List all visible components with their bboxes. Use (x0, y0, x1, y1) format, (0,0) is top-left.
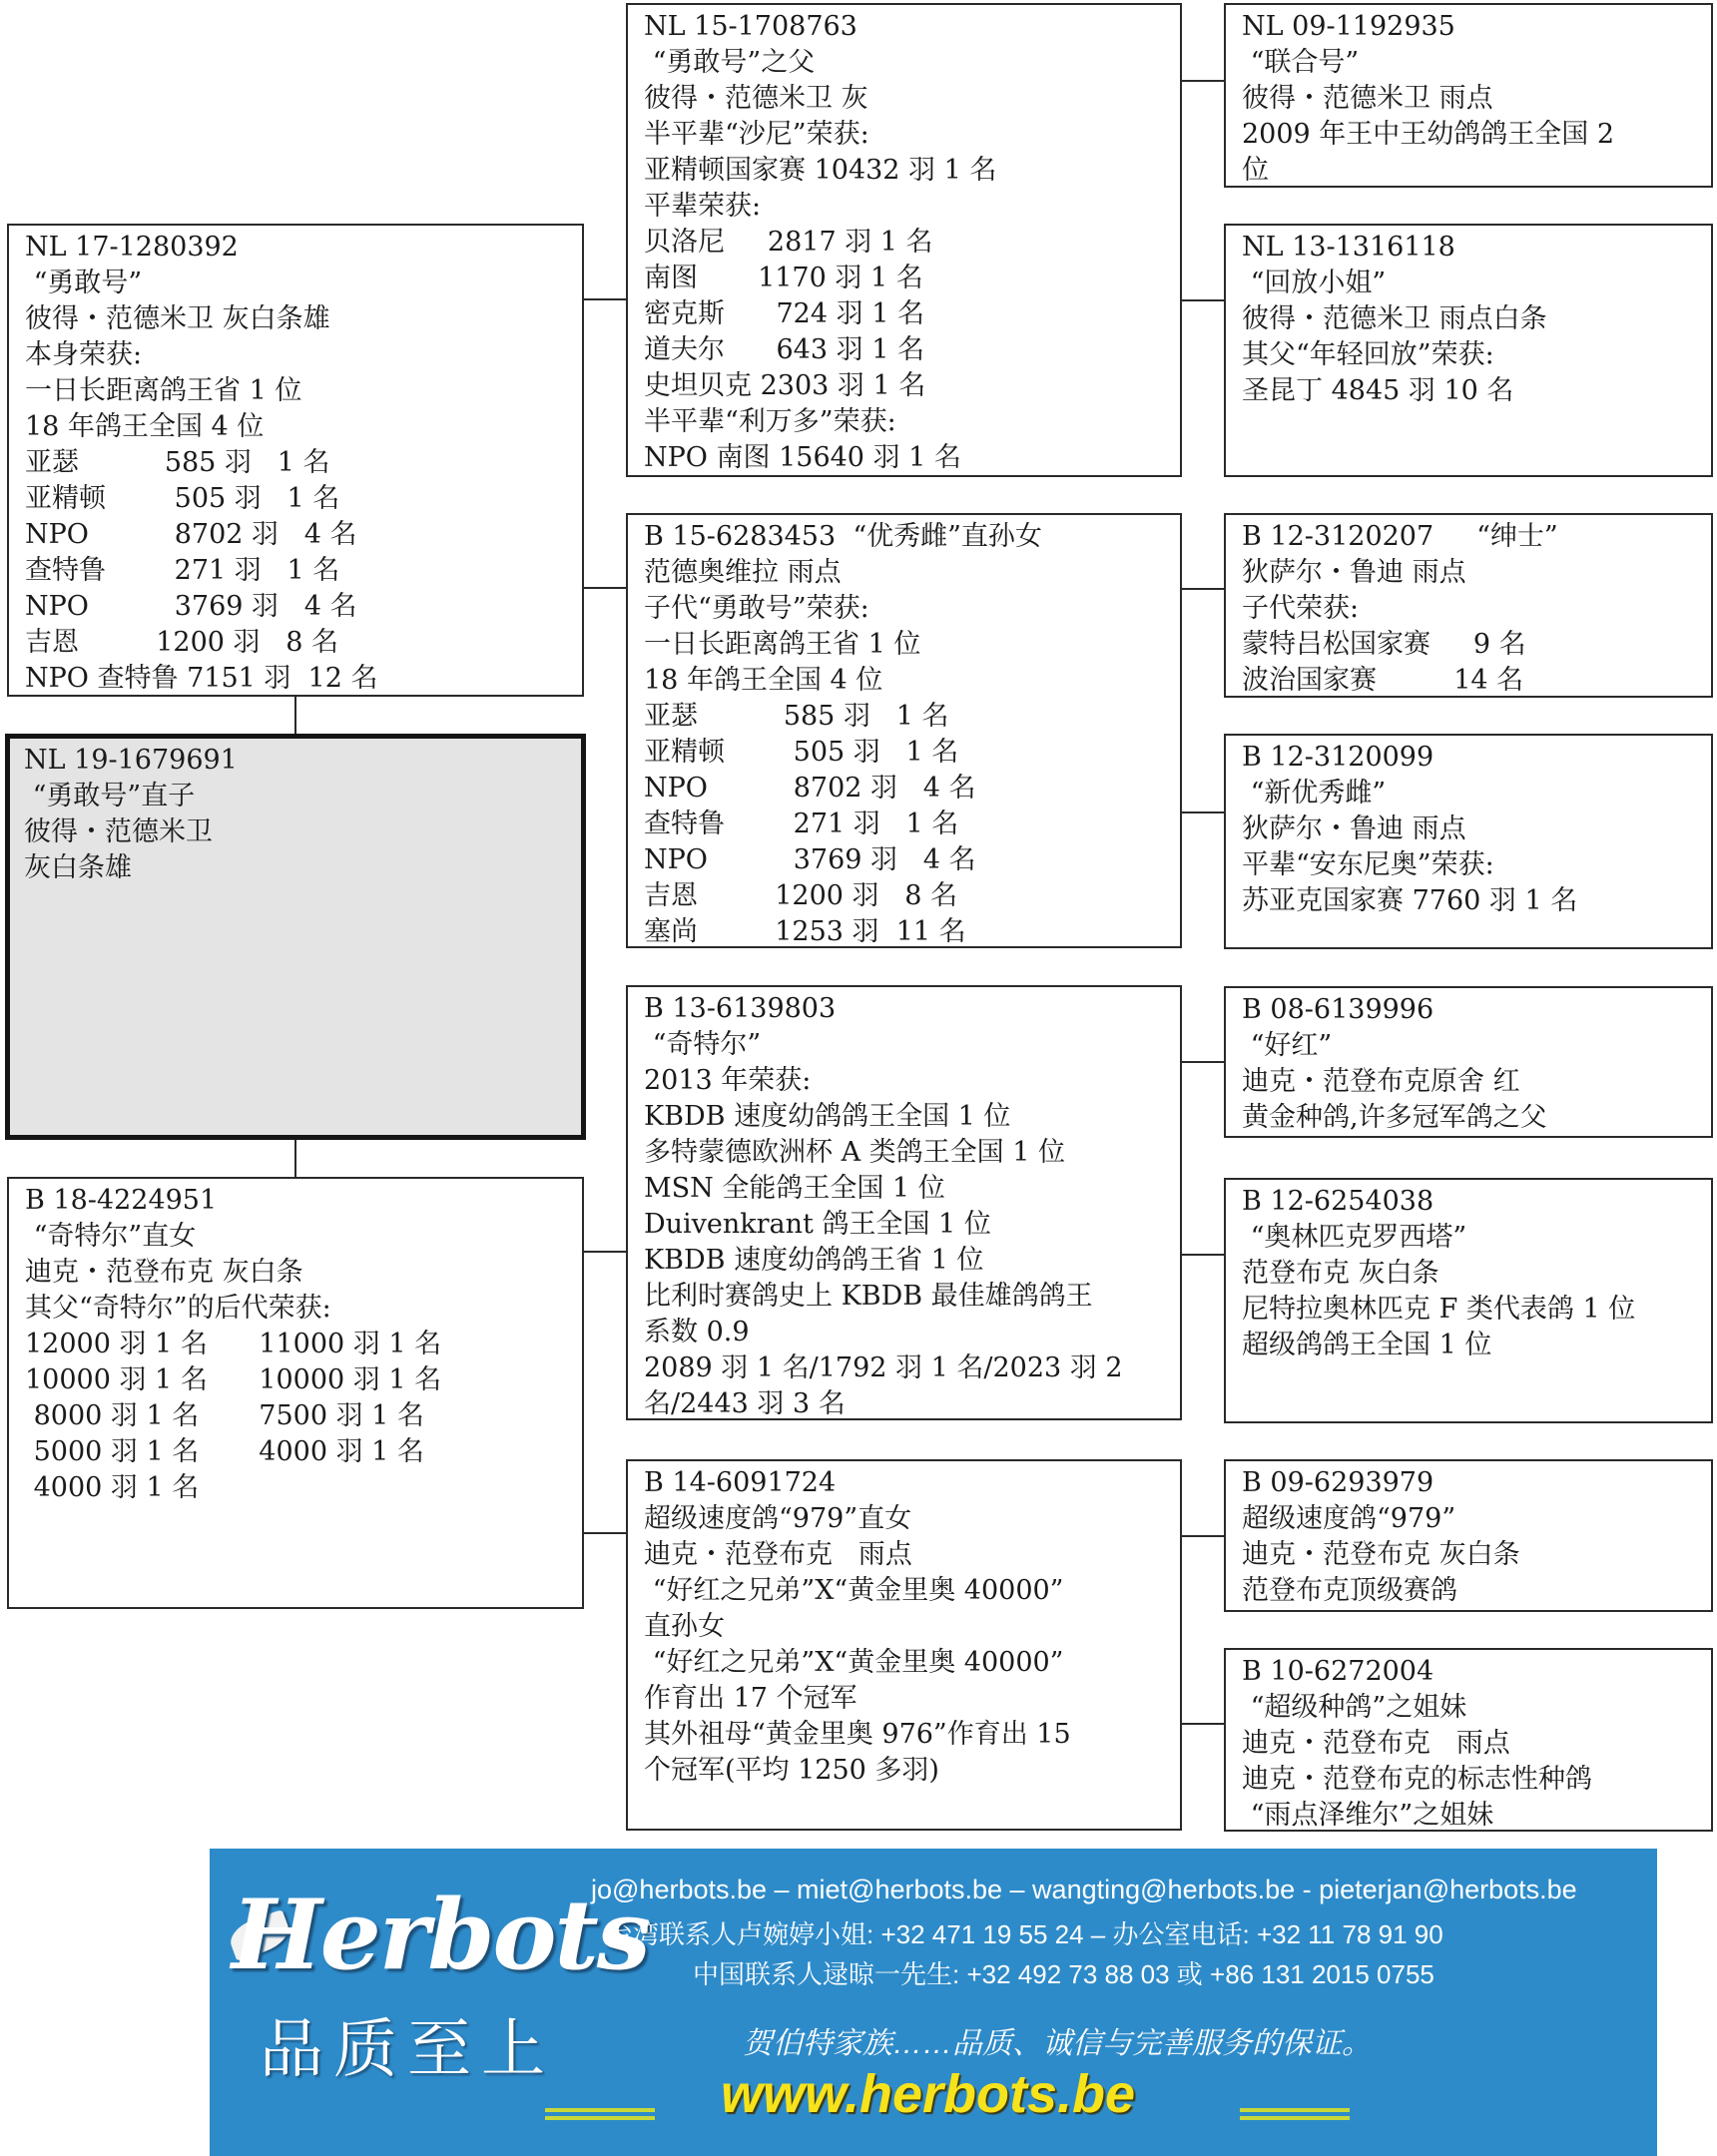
card-line: 塞尚 1253 羽 11 名 (644, 914, 1180, 948)
card-line: “勇敢号”直子 (24, 779, 581, 814)
card-line: NL 19-1679691 (24, 743, 581, 779)
card-line: 比利时赛鸽史上 KBDB 最佳雄鸽鸽王 (644, 1279, 1180, 1315)
connector-subject-dam (294, 1138, 296, 1178)
card-line: 灰白条雄 (24, 850, 581, 886)
card-line: 平辈荣获: (644, 189, 1180, 225)
card-line: “勇敢号”之父 (644, 45, 1180, 81)
card-line: 蒙特吕松国家赛 9 名 (1242, 627, 1711, 663)
card-line: 彼得・范德米卫 雨点 (1242, 81, 1711, 117)
card-line: 亚瑟 585 羽 1 名 (25, 445, 582, 481)
card-line: 迪克・范登布克的标志性种鸽 (1242, 1762, 1711, 1798)
card-line: B 12-3120207 “绅士” (1242, 519, 1711, 555)
card-line: 2013 年荣获: (644, 1063, 1180, 1099)
card-line: B 14-6091724 (644, 1465, 1180, 1501)
pedigree-card-sire: NL 17-1280392 “勇敢号”彼得・范德米卫 灰白条雄本身荣获:一日长距… (7, 224, 584, 697)
card-line: 系数 0.9 (644, 1315, 1180, 1350)
card-line: 其父“年轻回放”荣获: (1242, 337, 1711, 373)
pedigree-card-sire-dam: B 15-6283453 “优秀雌”直孙女范德奥维拉 雨点子代“勇敢号”荣获:一… (626, 513, 1182, 948)
card-line: 道夫尔 643 羽 1 名 (644, 332, 1180, 368)
card-line: 亚精顿 505 羽 1 名 (644, 735, 1180, 771)
card-line: 多特蒙德欧洲杯 A 类鸽王全国 1 位 (644, 1135, 1180, 1171)
card-line: Duivenkrant 鸽王全国 1 位 (644, 1207, 1180, 1243)
card-line: 超级速度鸽“979”直女 (644, 1501, 1180, 1537)
connector-dam-dd (583, 1532, 627, 1534)
card-line: B 15-6283453 “优秀雌”直孙女 (644, 519, 1180, 555)
card-line: “雨点泽维尔”之姐妹 (1242, 1798, 1711, 1832)
pedigree-card-sdd: B 12-3120099 “新优秀雌”狄萨尔・鲁迪 雨点平辈“安东尼奥”荣获:苏… (1224, 734, 1713, 949)
card-line: 迪克・范登布克 灰白条 (25, 1255, 582, 1291)
pedigree-card-dam: B 18-4224951 “奇特尔”直女迪克・范登布克 灰白条其父“奇特尔”的后… (7, 1177, 584, 1609)
card-line: 狄萨尔・鲁迪 雨点 (1242, 555, 1711, 591)
pedigree-card-dss: B 08-6139996 “好红”迪克・范登布克原舍 红黄金种鸽,许多冠军鸽之父 (1224, 986, 1713, 1138)
card-line: “好红之兄弟”X“黄金里奥 40000” (644, 1573, 1180, 1609)
card-line: 黄金种鸽,许多冠军鸽之父 (1242, 1100, 1711, 1136)
card-line: 名/2443 羽 3 名 (644, 1386, 1180, 1420)
connector-sd-sdd (1181, 811, 1225, 813)
connector-ds-dsd (1181, 1254, 1225, 1256)
card-line: 半平辈“利万多”荣获: (644, 404, 1180, 440)
card-line: NL 17-1280392 (25, 230, 582, 266)
card-line: NPO 8702 羽 4 名 (25, 517, 582, 553)
card-line: 南图 1170 羽 1 名 (644, 261, 1180, 296)
card-line: B 13-6139803 (644, 991, 1180, 1027)
slogan: 品质至上 (260, 1998, 555, 2090)
herbots-logo: Herbots (232, 1879, 649, 1991)
card-line: 史坦贝克 2303 羽 1 名 (644, 368, 1180, 404)
card-line: 吉恩 1200 羽 8 名 (25, 625, 582, 661)
card-line: B 09-6293979 (1242, 1465, 1711, 1501)
card-line: “联合号” (1242, 45, 1711, 81)
card-line: KBDB 速度幼鸽鸽王省 1 位 (644, 1243, 1180, 1279)
motto: 贺伯特家族……品质、诚信与完善服务的保证。 (743, 2018, 1372, 2062)
decor-lines-right (1240, 2108, 1350, 2120)
card-line: 迪克・范登布克 雨点 (644, 1537, 1180, 1573)
pedigree-card-sss: NL 09-1192935 “联合号”彼得・范德米卫 雨点2009 年王中王幼鸽… (1224, 3, 1713, 188)
card-line: NL 15-1708763 (644, 9, 1180, 45)
card-line: 其父“奇特尔”的后代荣获: (25, 1291, 582, 1327)
card-line: 范登布克顶级赛鸽 (1242, 1573, 1711, 1609)
card-line: “奇特尔”直女 (25, 1219, 582, 1255)
card-line: 18 年鸽王全国 4 位 (25, 409, 582, 445)
card-line: 超级鸽鸽王全国 1 位 (1242, 1328, 1711, 1363)
connector-sire-sd (583, 587, 627, 589)
taiwan-contact: 台湾联系人卢婉婷小姐: +32 471 19 55 24 – 办公室电话: +3… (607, 1914, 1443, 1951)
card-line: NPO 南图 15640 羽 1 名 (644, 440, 1180, 476)
card-line: NPO 查特鲁 7151 羽 12 名 (25, 661, 582, 697)
card-line: 子代“勇敢号”荣获: (644, 591, 1180, 627)
herbots-banner: Herbots 品质至上 jo@herbots.be – miet@herbot… (210, 1849, 1657, 2156)
card-line: 查特鲁 271 羽 1 名 (25, 553, 582, 589)
card-line: KBDB 速度幼鸽鸽王全国 1 位 (644, 1099, 1180, 1135)
card-line: NL 13-1316118 (1242, 230, 1711, 266)
decor-lines-left (545, 2108, 655, 2120)
card-line: 迪克・范登布克 灰白条 (1242, 1537, 1711, 1573)
pedigree-card-sire-sire: NL 15-1708763 “勇敢号”之父彼得・范德米卫 灰半平辈“沙尼”荣获:… (626, 3, 1182, 477)
card-line: 亚瑟 585 羽 1 名 (644, 699, 1180, 735)
connector-ss-ssd (1181, 299, 1225, 301)
card-line: 吉恩 1200 羽 8 名 (644, 878, 1180, 914)
card-line: MSN 全能鸽王全国 1 位 (644, 1171, 1180, 1207)
pedigree-card-ddd: B 10-6272004 “超级种鸽”之姐妹迪克・范登布克 雨点迪克・范登布克的… (1224, 1648, 1713, 1832)
pedigree-card-dsd: B 12-6254038 “奥林匹克罗西塔”范登布克 灰白条尼特拉奥林匹克 F … (1224, 1178, 1713, 1423)
card-line: 查特鲁 271 羽 1 名 (644, 807, 1180, 842)
card-line: 彼得・范德米卫 灰 (644, 81, 1180, 117)
card-line: 圣昆丁 4845 羽 10 名 (1242, 373, 1711, 409)
card-line: 彼得・范德米卫 灰白条雄 (25, 301, 582, 337)
card-line: 迪克・范登布克原舍 红 (1242, 1064, 1711, 1100)
card-line: 半平辈“沙尼”荣获: (644, 117, 1180, 153)
card-line: 迪克・范登布克 雨点 (1242, 1726, 1711, 1762)
card-line: 波治国家赛 14 名 (1242, 663, 1711, 698)
card-line: 苏亚克国家赛 7760 羽 1 名 (1242, 883, 1711, 919)
card-line: 彼得・范德米卫 (24, 814, 581, 850)
china-contact: 中国联系人逯晾一先生: +32 492 73 88 03 或 +86 131 2… (693, 1954, 1434, 1991)
pedigree-card-dam-sire: B 13-6139803 “奇特尔”2013 年荣获:KBDB 速度幼鸽鸽王全国… (626, 985, 1182, 1420)
card-line: 本身荣获: (25, 337, 582, 373)
contact-emails[interactable]: jo@herbots.be – miet@herbots.be – wangti… (591, 1875, 1577, 1905)
card-line: 位 (1242, 153, 1711, 188)
card-line: B 12-6254038 (1242, 1184, 1711, 1220)
connector-ds-dss (1181, 1061, 1225, 1063)
card-line: 其外祖母“黄金里奥 976”作育出 15 (644, 1717, 1180, 1753)
card-line: NPO 3769 羽 4 名 (644, 842, 1180, 878)
card-line: B 10-6272004 (1242, 1654, 1711, 1690)
card-line: 个冠军(平均 1250 多羽) (644, 1753, 1180, 1789)
card-line: 亚精顿国家赛 10432 羽 1 名 (644, 153, 1180, 189)
card-line: “好红” (1242, 1028, 1711, 1064)
card-line: “好红之兄弟”X“黄金里奥 40000” (644, 1645, 1180, 1681)
card-line: 5000 羽 1 名 4000 羽 1 名 (25, 1434, 582, 1470)
card-line: B 08-6139996 (1242, 992, 1711, 1028)
pedigree-card-sds: B 12-3120207 “绅士”狄萨尔・鲁迪 雨点子代荣获:蒙特吕松国家赛 9… (1224, 513, 1713, 698)
card-line: B 12-3120099 (1242, 740, 1711, 776)
card-line: 4000 羽 1 名 (25, 1470, 582, 1506)
card-line: 18 年鸽王全国 4 位 (644, 663, 1180, 699)
connector-ss-sss (1181, 80, 1225, 82)
card-line: 贝洛尼 2817 羽 1 名 (644, 225, 1180, 261)
pedigree-card-dam-dam: B 14-6091724超级速度鸽“979”直女迪克・范登布克 雨点 “好红之兄… (626, 1459, 1182, 1831)
card-line: NPO 8702 羽 4 名 (644, 771, 1180, 807)
pedigree-card-dds: B 09-6293979超级速度鸽“979”迪克・范登布克 灰白条范登布克顶级赛… (1224, 1459, 1713, 1612)
card-line: NPO 3769 羽 4 名 (25, 589, 582, 625)
connector-dd-ddd (1181, 1723, 1225, 1725)
card-line: 直孙女 (644, 1609, 1180, 1645)
connector-dd-dds (1181, 1535, 1225, 1537)
card-line: 一日长距离鸽王省 1 位 (644, 627, 1180, 663)
card-line: 8000 羽 1 名 7500 羽 1 名 (25, 1398, 582, 1434)
pedigree-card-subject: NL 19-1679691 “勇敢号”直子彼得・范德米卫灰白条雄 (5, 734, 586, 1140)
card-line: 2089 羽 1 名/1792 羽 1 名/2023 羽 2 (644, 1350, 1180, 1386)
card-line: “回放小姐” (1242, 266, 1711, 301)
card-line: “勇敢号” (25, 266, 582, 301)
card-line: 12000 羽 1 名 11000 羽 1 名 (25, 1327, 582, 1362)
connector-sd-sds (1181, 588, 1225, 590)
card-line: 作育出 17 个冠军 (644, 1681, 1180, 1717)
card-line: 亚精顿 505 羽 1 名 (25, 481, 582, 517)
connector-dam-ds (583, 1251, 627, 1253)
card-line: 子代荣获: (1242, 591, 1711, 627)
pedigree-card-ssd: NL 13-1316118 “回放小姐”彼得・范德米卫 雨点白条其父“年轻回放”… (1224, 224, 1713, 477)
card-line: “新优秀雌” (1242, 776, 1711, 811)
card-line: 范德奥维拉 雨点 (644, 555, 1180, 591)
card-line: NL 09-1192935 (1242, 9, 1711, 45)
card-line: 一日长距离鸽王省 1 位 (25, 373, 582, 409)
connector-sire-ss (583, 298, 627, 300)
card-line: 密克斯 724 羽 1 名 (644, 296, 1180, 332)
card-line: 平辈“安东尼奥”荣获: (1242, 847, 1711, 883)
card-line: “奥林匹克罗西塔” (1242, 1220, 1711, 1256)
card-line: 范登布克 灰白条 (1242, 1256, 1711, 1292)
card-line: 狄萨尔・鲁迪 雨点 (1242, 811, 1711, 847)
card-line: 尼特拉奥林匹克 F 类代表鸽 1 位 (1242, 1292, 1711, 1328)
card-line: B 18-4224951 (25, 1183, 582, 1219)
connector-sire-subject (294, 696, 296, 738)
card-line: “超级种鸽”之姐妹 (1242, 1690, 1711, 1726)
website-link[interactable]: www.herbots.be (721, 2063, 1135, 2125)
card-line: “奇特尔” (644, 1027, 1180, 1063)
card-line: 2009 年王中王幼鸽鸽王全国 2 (1242, 117, 1711, 153)
card-line: 10000 羽 1 名 10000 羽 1 名 (25, 1362, 582, 1398)
card-line: 彼得・范德米卫 雨点白条 (1242, 301, 1711, 337)
card-line: 超级速度鸽“979” (1242, 1501, 1711, 1537)
